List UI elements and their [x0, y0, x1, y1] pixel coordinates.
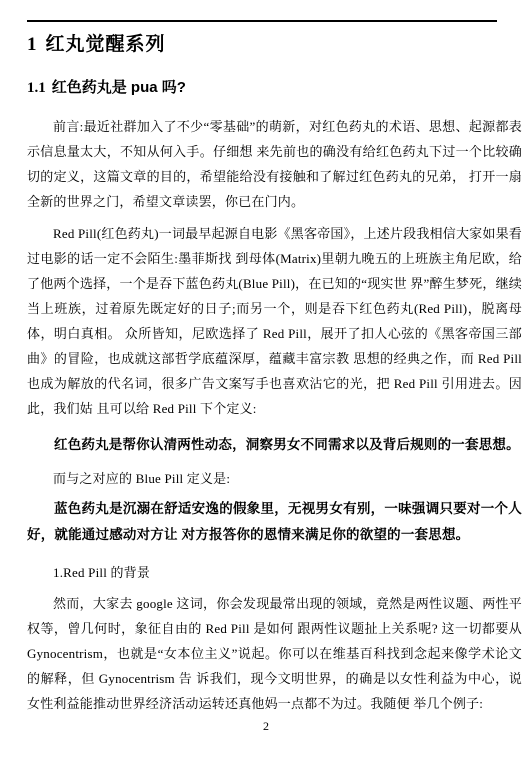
section-heading: 1.1红色药丸是 pua 吗? [27, 76, 186, 97]
section-number: 1.1 [27, 80, 46, 96]
section-title: 红色药丸是 pua 吗? [52, 79, 186, 96]
paragraph-intro: 前言:最近社群加入了不少“零基础”的萌新，对红色药丸的术语、思想、起源都表示信息… [27, 114, 522, 214]
red-pill-definition: 红色药丸是帮你认清两性动态，洞察男女不同需求以及背后规则的一套思想。 [27, 432, 522, 457]
blue-pill-definition: 蓝色药丸是沉溺在舒适安逸的假象里，无视男女有别，一味强调只要对一个人好，就能通过… [27, 496, 522, 548]
header-rule [27, 20, 497, 22]
paragraph-red-pill-origin: Red Pill(红色药丸)一词最早起源自电影《黑客帝国》，上述片段我相信大家如… [27, 221, 522, 421]
background-subheading: 1.Red Pill 的背景 [27, 560, 522, 585]
page-number: 2 [0, 719, 532, 734]
chapter-heading: 1红丸觉醒系列 [27, 29, 166, 56]
chapter-title: 红丸觉醒系列 [46, 34, 166, 55]
chapter-number: 1 [27, 34, 37, 55]
blue-pill-definition-lead: 而与之对应的 Blue Pill 定义是: [27, 466, 522, 491]
document-page: 1红丸觉醒系列 1.1红色药丸是 pua 吗? 前言:最近社群加入了不少“零基础… [0, 0, 532, 757]
paragraph-gynocentrism-background: 然而，大家去 google 这词，你会发现最常出现的领域，竟然是两性议题、两性平… [27, 591, 522, 716]
